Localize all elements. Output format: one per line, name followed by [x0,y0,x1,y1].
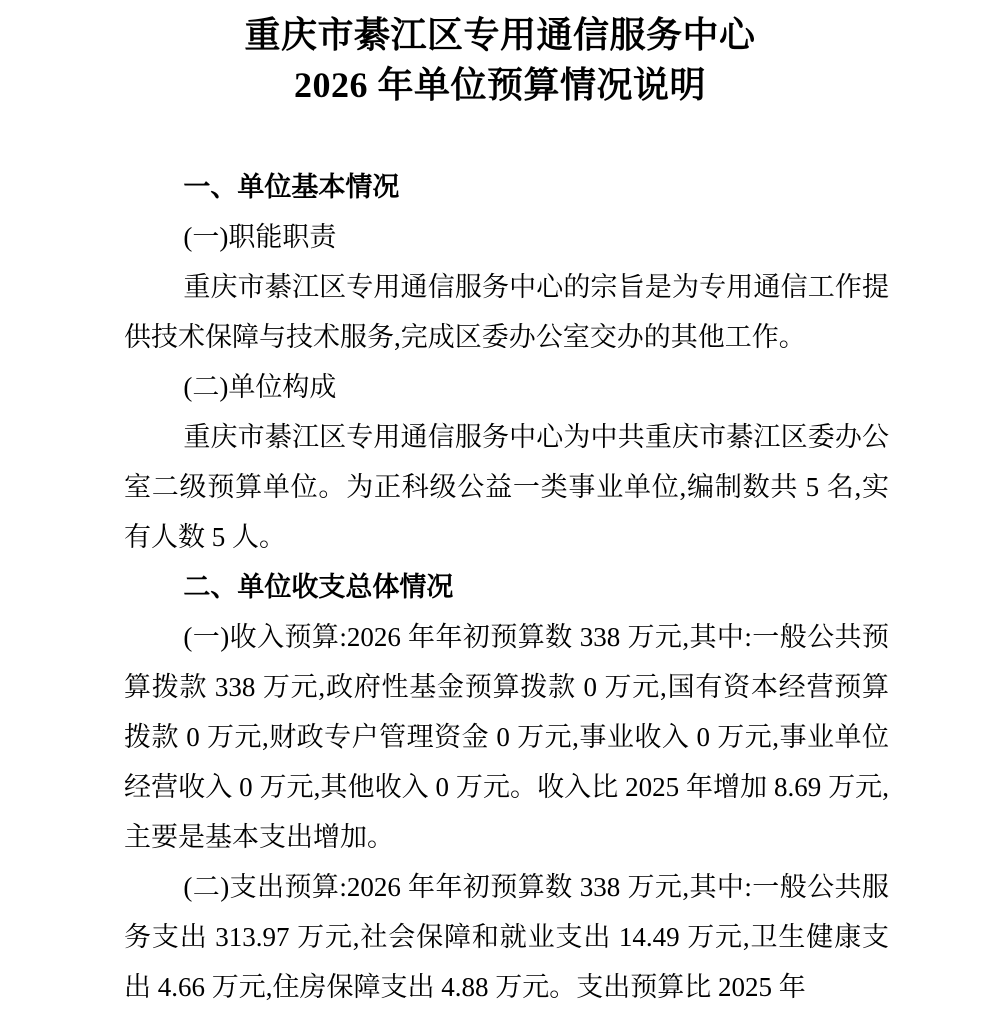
document-page: 重庆市綦江区专用通信服务中心 2026 年单位预算情况说明 一、单位基本情况 (… [0,0,1000,1013]
section-heading-basic-info: 一、单位基本情况 [124,162,889,212]
section-heading-revenue-expenditure-overview: 二、单位收支总体情况 [124,562,889,612]
paragraph-duties: 重庆市綦江区专用通信服务中心的宗旨是为专用通信工作提供技术保障与技术服务,完成区… [124,262,889,362]
document-title-line-1: 重庆市綦江区专用通信服务中心 [0,10,1000,60]
document-title: 重庆市綦江区专用通信服务中心 2026 年单位预算情况说明 [0,0,1000,110]
paragraph-expenditure-budget: (二)支出预算:2026 年年初预算数 338 万元,其中:一般公共服务支出 3… [124,862,889,1012]
subsection-heading-duties: (一)职能职责 [124,212,889,262]
paragraph-composition: 重庆市綦江区专用通信服务中心为中共重庆市綦江区委办公室二级预算单位。为正科级公益… [124,412,889,562]
paragraph-revenue-budget: (一)收入预算:2026 年年初预算数 338 万元,其中:一般公共预算拨款 3… [124,612,889,862]
document-title-line-2: 2026 年单位预算情况说明 [0,60,1000,110]
subsection-heading-composition: (二)单位构成 [124,362,889,412]
document-body: 一、单位基本情况 (一)职能职责 重庆市綦江区专用通信服务中心的宗旨是为专用通信… [0,162,1000,1012]
